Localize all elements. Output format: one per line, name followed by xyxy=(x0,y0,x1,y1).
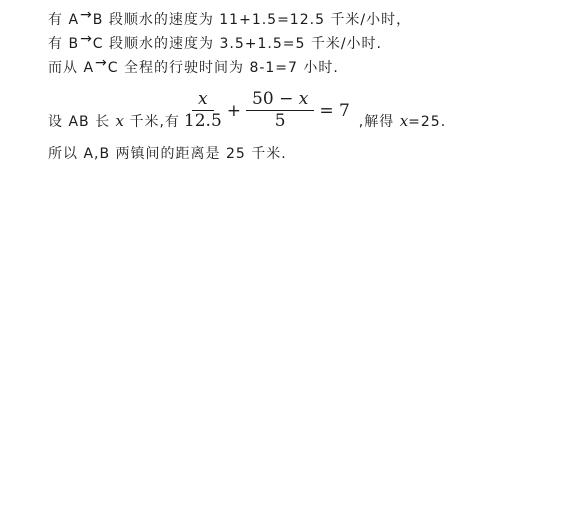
equation-suffix-text-1: ,解得 xyxy=(359,114,400,130)
line-2-text-post: C 段顺水的速度为 3.5+1.5=5 千米/小时. xyxy=(93,36,382,52)
line-3-text-pre: 而从 A xyxy=(48,60,94,76)
solution-document: 有 A→B 段顺水的速度为 11+1.5=12.5 千米/小时， 有 B→C 段… xyxy=(0,0,580,166)
fraction-2-numerator: 50 − x xyxy=(246,90,314,112)
fraction-2-numerator-pre: 50 − xyxy=(252,89,299,109)
fraction-x-over-12-5: x 12.5 xyxy=(184,90,222,132)
variable-x: x xyxy=(299,89,309,109)
right-arrow-icon: → xyxy=(79,27,93,51)
plus-operator: + xyxy=(222,101,246,121)
fraction-2-denominator: 5 xyxy=(275,111,286,132)
equation-prefix-text-1: 设 AB 长 xyxy=(48,114,116,130)
equals-seven: = 7 xyxy=(314,101,354,121)
solution-line-1: 有 A→B 段顺水的速度为 11+1.5=12.5 千米/小时， xyxy=(48,8,560,32)
line-1-text-post: B 段顺水的速度为 11+1.5=12.5 千米/小时， xyxy=(93,12,411,28)
solution-line-2: 有 B→C 段顺水的速度为 3.5+1.5=5 千米/小时. xyxy=(48,32,560,56)
equation-line: 设 AB 长 x 千米,有 x 12.5 + 50 − x 5 = 7 ,解得 … xyxy=(48,84,560,132)
line-1-text-pre: 有 A xyxy=(48,12,79,28)
conclusion-line: 所以 A,B 两镇间的距离是 25 千米. xyxy=(48,142,560,166)
solution-line-3: 而从 A→C 全程的行驶时间为 8-1=7 小时. xyxy=(48,56,560,80)
equation-expression: x 12.5 + 50 − x 5 = 7 xyxy=(184,90,355,132)
equation-suffix-text-2: =25. xyxy=(408,114,446,130)
equation-suffix: ,解得 x=25. xyxy=(359,111,446,132)
variable-x: x xyxy=(400,112,408,130)
fraction-50-minus-x-over-5: 50 − x 5 xyxy=(246,90,314,132)
equation-prefix: 设 AB 长 x 千米,有 xyxy=(48,111,180,132)
line-3-text-post: C 全程的行驶时间为 8-1=7 小时. xyxy=(108,60,339,76)
right-arrow-icon: → xyxy=(94,51,108,75)
line-2-text-pre: 有 B xyxy=(48,36,79,52)
right-arrow-icon: → xyxy=(79,3,93,27)
fraction-1-numerator: x xyxy=(192,90,214,112)
fraction-1-denominator: 12.5 xyxy=(184,111,222,132)
variable-x: x xyxy=(116,112,124,130)
equation-prefix-text-2: 千米,有 xyxy=(124,114,180,130)
